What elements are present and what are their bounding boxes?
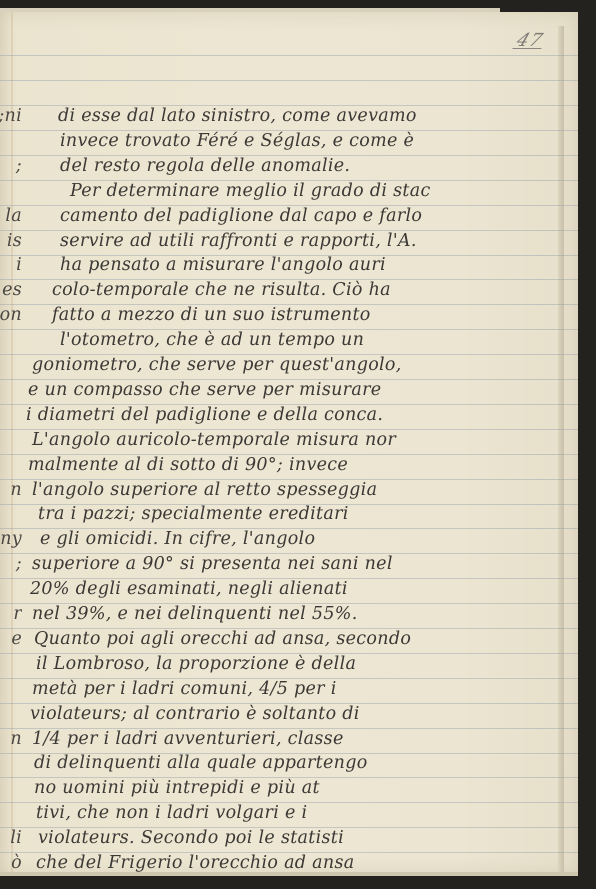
line-text: camento del padiglione dal capo e farlo bbox=[60, 206, 422, 226]
manuscript-line: nye gli omicidi. In cifre, l'angolo bbox=[0, 529, 560, 553]
manuscript-line: malmente al di sotto di 90°; invece bbox=[0, 455, 560, 479]
manuscript-page: 47 ni;di esse dal lato sinistro, come av… bbox=[0, 12, 578, 874]
line-text: Per determinare meglio il grado di stac bbox=[70, 181, 431, 201]
manuscript-line: ni;di esse dal lato sinistro, come aveva… bbox=[0, 106, 560, 130]
manuscript-line: tra i pazzi; specialmente ereditari bbox=[0, 504, 560, 528]
scanned-document: 47 ni;di esse dal lato sinistro, come av… bbox=[0, 0, 596, 889]
left-margin-fragment: es bbox=[0, 280, 22, 300]
line-text: goniometro, che serve per quest'angolo, bbox=[32, 355, 402, 375]
line-text: il Lombroso, la proporzione è della bbox=[36, 654, 356, 674]
manuscript-line: invece trovato Féré e Séglas, e come è bbox=[0, 131, 560, 155]
manuscript-line: di delinquenti alla quale appartengo bbox=[0, 753, 560, 777]
line-text: L'angolo auricolo-temporale misura nor bbox=[32, 430, 396, 450]
manuscript-line: escolo-temporale che ne risulta. Ciò ha bbox=[0, 280, 560, 304]
manuscript-line: tivi, che non i ladri volgari e i bbox=[0, 803, 560, 827]
left-margin-fragment: n bbox=[0, 480, 22, 500]
left-margin-fragment: i bbox=[0, 255, 22, 275]
manuscript-line: nl'angolo superiore al retto spesseggia bbox=[0, 480, 560, 504]
line-text: l'otometro, che è ad un tempo un bbox=[60, 330, 364, 350]
manuscript-line: isservire ad utili raffronti e rapporti,… bbox=[0, 231, 560, 255]
manuscript-line: ;superiore a 90° si presenta nei sani ne… bbox=[0, 554, 560, 578]
line-text: violateurs; al contrario è soltanto di bbox=[30, 704, 360, 724]
line-text: servire ad utili raffronti e rapporti, l… bbox=[60, 231, 417, 251]
manuscript-line: n1/4 per i ladri avventurieri, classe bbox=[0, 729, 560, 753]
line-text: colo-temporale che ne risulta. Ciò ha bbox=[52, 280, 391, 300]
left-margin-fragment: ny bbox=[0, 529, 22, 549]
line-text: tra i pazzi; specialmente ereditari bbox=[38, 504, 349, 524]
line-text: violateurs. Secondo poi le statisti bbox=[38, 828, 344, 848]
left-margin-fragment: is bbox=[0, 231, 22, 251]
line-text: Quanto poi agli orecchi ad ansa, secondo bbox=[34, 629, 411, 649]
left-margin-fragment: r bbox=[0, 604, 22, 624]
line-text: ha pensato a misurare l'angolo auri bbox=[60, 255, 386, 275]
left-margin-fragment: li bbox=[0, 828, 22, 848]
line-text: 20% degli esaminati, negli alienati bbox=[30, 579, 348, 599]
manuscript-line: onfatto a mezzo di un suo istrumento bbox=[0, 305, 560, 329]
manuscript-line: lacamento del padiglione dal capo e farl… bbox=[0, 206, 560, 230]
line-text: fatto a mezzo di un suo istrumento bbox=[52, 305, 371, 325]
line-text: i diametri del padiglione e della conca. bbox=[26, 405, 383, 425]
manuscript-line: rnel 39%, e nei delinquenti nel 55%. bbox=[0, 604, 560, 628]
line-text: l'angolo superiore al retto spesseggia bbox=[32, 480, 377, 500]
line-text: di delinquenti alla quale appartengo bbox=[34, 753, 368, 773]
manuscript-line: 20% degli esaminati, negli alienati bbox=[0, 579, 560, 603]
lower-page-edge bbox=[0, 872, 578, 876]
line-text: invece trovato Féré e Séglas, e come è bbox=[60, 131, 414, 151]
left-margin-fragment: on bbox=[0, 305, 22, 325]
line-text: no uomini più intrepidi e più at bbox=[34, 778, 320, 798]
line-text: e gli omicidi. In cifre, l'angolo bbox=[40, 529, 315, 549]
line-text: superiore a 90° si presenta nei sani nel bbox=[32, 554, 393, 574]
line-text: nel 39%, e nei delinquenti nel 55%. bbox=[32, 604, 358, 624]
manuscript-line: no uomini più intrepidi e più at bbox=[0, 778, 560, 802]
manuscript-line: l'otometro, che è ad un tempo un bbox=[0, 330, 560, 354]
manuscript-line: Per determinare meglio il grado di stac bbox=[0, 181, 560, 205]
left-margin-fragment: e bbox=[0, 629, 22, 649]
line-text: e un compasso che serve per misurare bbox=[28, 380, 381, 400]
manuscript-line: eQuanto poi agli orecchi ad ansa, second… bbox=[0, 629, 560, 653]
manuscript-line: metà per i ladri comuni, 4/5 per i bbox=[0, 679, 560, 703]
left-margin-fragment: la bbox=[0, 206, 22, 226]
manuscript-line: òche del Frigerio l'orecchio ad ansa bbox=[0, 853, 560, 874]
left-margin-fragment: n bbox=[0, 729, 22, 749]
manuscript-line: il Lombroso, la proporzione è della bbox=[0, 654, 560, 678]
left-margin-fragment: ni; bbox=[0, 106, 22, 126]
line-text: di esse dal lato sinistro, come avevamo bbox=[58, 106, 417, 126]
manuscript-line: e un compasso che serve per misurare bbox=[0, 380, 560, 404]
handwritten-text-block: ni;di esse dal lato sinistro, come aveva… bbox=[0, 12, 578, 874]
line-text: del resto regola delle anomalie. bbox=[60, 156, 350, 176]
line-text: metà per i ladri comuni, 4/5 per i bbox=[32, 679, 337, 699]
line-text: tivi, che non i ladri volgari e i bbox=[36, 803, 307, 823]
manuscript-line: iha pensato a misurare l'angolo auri bbox=[0, 255, 560, 279]
manuscript-line: violateurs; al contrario è soltanto di bbox=[0, 704, 560, 728]
line-text: che del Frigerio l'orecchio ad ansa bbox=[36, 853, 354, 873]
manuscript-line: L'angolo auricolo-temporale misura nor bbox=[0, 430, 560, 454]
manuscript-line: goniometro, che serve per quest'angolo, bbox=[0, 355, 560, 379]
manuscript-line: i diametri del padiglione e della conca. bbox=[0, 405, 560, 429]
left-margin-fragment: ò bbox=[0, 853, 22, 873]
line-text: malmente al di sotto di 90°; invece bbox=[28, 455, 348, 475]
manuscript-line: ;del resto regola delle anomalie. bbox=[0, 156, 560, 180]
manuscript-line: liviolateurs. Secondo poi le statisti bbox=[0, 828, 560, 852]
line-text: 1/4 per i ladri avventurieri, classe bbox=[32, 729, 344, 749]
left-margin-fragment: ; bbox=[0, 156, 22, 176]
left-margin-fragment: ; bbox=[0, 554, 22, 574]
